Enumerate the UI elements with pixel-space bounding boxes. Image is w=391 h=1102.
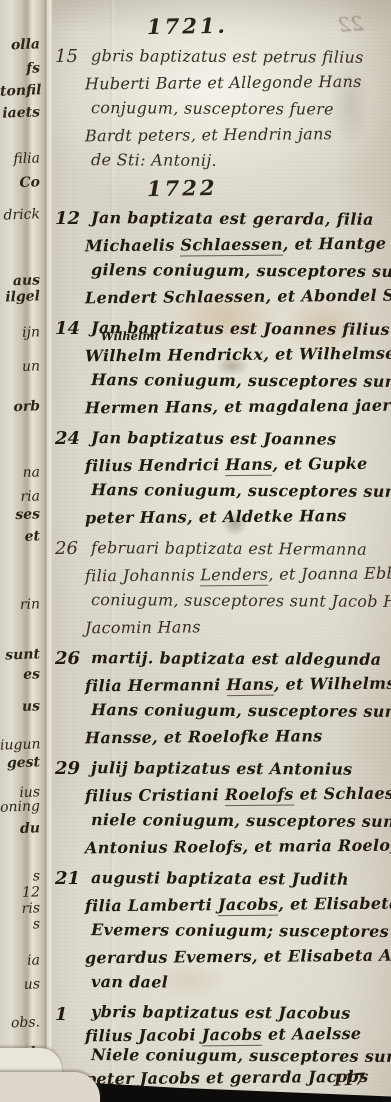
facing-page-text-fragment: sunt: [0, 647, 40, 662]
entry-line: peter Hans, et Aldetke Hans: [85, 503, 391, 532]
entry-line: gbris baptizatus est petrus filius: [91, 43, 391, 71]
entry-line: van dael: [91, 969, 391, 997]
page-number: 117: [331, 1069, 365, 1090]
facing-page-text-fragment: iugun: [0, 737, 40, 752]
entry-line: filius Jacobi Jacobs et Aaelsse: [85, 1022, 391, 1046]
entry-line: Hermen Hans, et magdalena jaer: [85, 393, 391, 422]
underlined-surname: Roelofs: [225, 785, 294, 807]
entry-line: niele coniugum, susceptores sunt: [91, 807, 391, 835]
entry-line: Jan baptizatus est Joannes: [91, 425, 391, 453]
baptism-entry: 15gbris baptizatus est petrus filiusHube…: [54, 44, 391, 174]
entry-line: Jacomin Hans: [85, 613, 391, 642]
facing-page-text-fragment: ses: [0, 507, 40, 522]
entry-line: gerardus Evemers, et Elisabeta Aerdt: [85, 943, 391, 972]
facing-page-text-fragment: oning: [0, 799, 40, 814]
entry-line: filia Hermanni Hans, et Wilhelmse: [85, 671, 391, 700]
facing-page-text-fragment: ia: [0, 953, 40, 968]
facing-page-text-fragment: ilgel: [0, 289, 40, 304]
entry-line: filius Cristiani Roelofs et Schlaesse: [85, 781, 391, 810]
entry-line: ybris baptizatus est Jacobus: [91, 1001, 391, 1024]
entry-date: 29: [55, 756, 80, 782]
facing-page-corner: [0, 1072, 100, 1102]
facing-page-text-fragment: filia: [0, 151, 40, 166]
facing-page-text-fragment: et: [0, 529, 40, 544]
entry-line: Wilhelm Hendrickx, et WilhelmseWilhelmi: [85, 341, 391, 370]
register-sections: 1721.15gbris baptizatus est petrus filiu…: [54, 12, 391, 1088]
entry-line: Hans coniugum, susceptores sunt: [91, 477, 391, 505]
entry-date: 12: [55, 206, 80, 232]
entry-line: Hans coniugum, susceptores sunt Jan: [91, 697, 391, 725]
entry-line: filia Johannis Lenders, et Joanna Ebben: [85, 561, 391, 590]
entry-line: Huberti Barte et Allegonde Hans: [85, 69, 391, 98]
underlined-surname: Jacobs: [202, 1024, 263, 1046]
entry-line: Lendert Schlaessen, et Abondel Schlaesse…: [85, 283, 391, 312]
facing-page-text-fragment: obs.: [0, 1015, 40, 1030]
entry-line: Evemers coniugum; susceptores sunt: [91, 917, 391, 945]
facing-page-text-fragment: iaets: [0, 105, 40, 120]
baptism-entry: 12Jan baptizata est gerarda, filiaMichae…: [54, 206, 391, 310]
entry-line: martij. baptizata est aldegunda: [91, 645, 391, 673]
facing-page-text-fragment: du: [0, 821, 40, 836]
entry-line: julij baptizatus est Antonius: [91, 755, 391, 783]
entry-line: februari baptizata est Hermanna: [91, 535, 391, 563]
facing-page-text-fragment: tonfil: [0, 83, 40, 98]
entry-date: 1: [55, 1002, 68, 1028]
entry-line: filius Hendrici Hans, et Gupke: [85, 451, 391, 480]
underlined-surname: Hans: [225, 455, 273, 476]
entry-line: de Sti: Antonij.: [91, 147, 391, 175]
facing-page-text-fragment: orb: [0, 399, 40, 414]
entry-line: conjugum, susceptores fuere: [91, 95, 391, 123]
facing-page-text-fragment: ria: [0, 489, 40, 504]
facing-page-text-fragment: us: [0, 699, 40, 714]
facing-page-text-fragment: rin: [0, 597, 40, 612]
underlined-surname: Lenders: [200, 565, 268, 587]
baptism-entry: 21augusti baptizata est Judithfilia Lamb…: [54, 866, 391, 996]
entry-date: 15: [55, 44, 78, 70]
facing-page-text-fragment: s: [0, 917, 40, 932]
entry-line: Antonius Roelofs, et maria Roeloff: [85, 833, 391, 862]
entry-line: filia Lamberti Jacobs, et Elisabeta: [85, 891, 391, 920]
facing-page-text-fragment: drick: [0, 207, 40, 222]
facing-page-text-fragment: na: [0, 465, 40, 480]
baptism-entry: 14Jan baptizatus est Joannes filiusWilhe…: [54, 316, 391, 420]
book-gutter: ollafstonfiliaetsfiliaCodrickausilgelijn…: [0, 0, 52, 1102]
facing-page-text-fragment: un: [0, 359, 40, 374]
facing-page-text-fragment: Co: [0, 175, 40, 190]
underlined-surname: Jacobs: [218, 895, 279, 917]
underlined-surname: Schlaessen: [180, 235, 283, 257]
entry-line: Jan baptizata est gerarda, filia: [91, 205, 391, 233]
year-heading: 1722: [147, 172, 391, 202]
entry-date: 26: [55, 536, 78, 562]
entry-date: 14: [55, 316, 80, 342]
facing-page-text-fragment: aus: [0, 273, 40, 288]
entry-line: Michaelis Schlaessen, et Hantge: [85, 231, 391, 260]
facing-page-text-fragment: 12: [0, 885, 40, 900]
baptism-entry: 29julij baptizatus est Antoniusfilius Cr…: [54, 756, 391, 860]
entry-date: 24: [55, 426, 80, 452]
baptism-entry: 26martij. baptizata est aldegundafilia H…: [54, 646, 391, 750]
manuscript-page: ollafstonfiliaetsfiliaCodrickausilgelijn…: [0, 0, 391, 1102]
entry-line: augusti baptizata est Judith: [91, 865, 391, 893]
year-heading: 1721.: [147, 10, 391, 40]
facing-page-text-fragment: es: [0, 667, 40, 682]
facing-page-text-fragment: s: [0, 869, 40, 884]
entry-line: coniugum, susceptores sunt Jacob Hans et: [91, 587, 391, 615]
facing-page-text-fragment: ris: [0, 901, 40, 916]
facing-page-text-fragment: gest: [0, 755, 40, 770]
entry-line: Niele coniugum, susceptores sunt: [91, 1044, 391, 1067]
facing-page-text-fragment: fs: [0, 61, 40, 76]
baptism-entry: 26februari baptizata est Hermannafilia J…: [54, 536, 391, 640]
facing-page-text-fragment: olla: [0, 37, 40, 52]
inserted-word: Wilhelmi: [101, 331, 159, 343]
entry-date: 26: [55, 646, 80, 672]
underlined-surname: Hans: [226, 675, 274, 696]
baptism-entry: 24Jan baptizatus est Joannesfilius Hendr…: [54, 426, 391, 530]
entry-line: Hansse, et Roelofke Hans: [85, 723, 391, 752]
facing-page-text-fragment: ijn: [0, 325, 40, 340]
entry-date: 21: [55, 866, 80, 892]
entry-line: Bardt peters, et Hendrin jans: [85, 121, 391, 150]
entry-line: gilens coniugum, susceptores sunt: [91, 257, 391, 285]
facing-page-text-fragment: us: [0, 977, 40, 992]
entry-line: Hans coniugum, susceptores sunt: [91, 367, 391, 395]
